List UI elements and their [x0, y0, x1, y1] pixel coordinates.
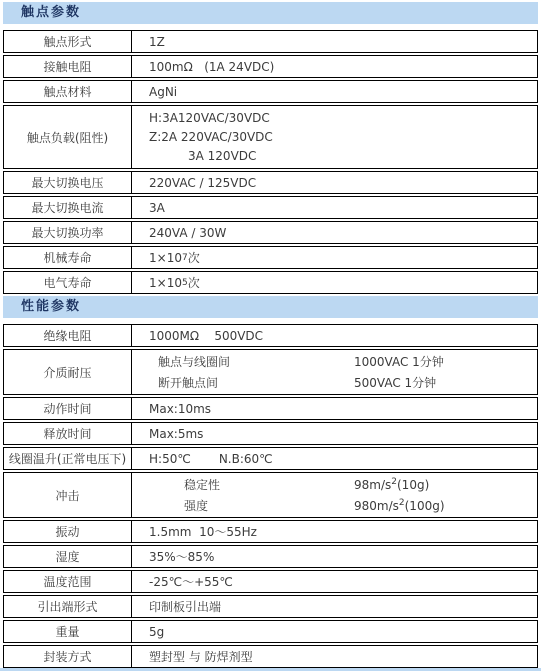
param-value: 5g — [132, 621, 537, 642]
param-value: 3A — [132, 197, 537, 218]
coil-temp-h: H:50℃ — [149, 452, 191, 466]
table-row: 动作时间 Max:10ms — [3, 397, 538, 420]
param-label: 冲击 — [4, 473, 132, 517]
load-line-h: H:3A120VAC/30VDC — [132, 109, 537, 128]
table-row: 温度范围 -25℃～+55℃ — [3, 570, 538, 593]
param-label: 湿度 — [4, 546, 132, 567]
param-value: AgNi — [132, 81, 537, 102]
contact-params-table: 触点形式 1Z 接触电阻 100mΩ (1A 24VDC) 触点材料 AgNi … — [3, 30, 538, 294]
param-label: 接触电阻 — [4, 56, 132, 77]
sub-label: 触点与线圈间 — [132, 353, 354, 370]
param-value: 220VAC / 125VDC — [132, 172, 537, 193]
load-line-3: 3A 120VDC — [132, 147, 537, 166]
param-label: 最大切换电压 — [4, 172, 132, 193]
load-line-z: Z:2A 220VAC/30VDC — [132, 128, 537, 147]
table-row: 最大切换功率 240VA / 30W — [3, 221, 538, 244]
value-base: 98m/s — [354, 478, 391, 492]
param-label: 触点形式 — [4, 31, 132, 52]
table-row: 介质耐压 触点与线圈间 1000VAC 1分钟 断开触点间 500VAC 1分钟 — [3, 349, 538, 395]
value-unit: (100g) — [405, 499, 445, 513]
param-value: 1×107次 — [132, 247, 537, 268]
param-label: 温度范围 — [4, 571, 132, 592]
param-label: 封装方式 — [4, 646, 132, 667]
table-row: 触点负载(阻性) H:3A120VAC/30VDC Z:2A 220VAC/30… — [3, 105, 538, 169]
table-row: 最大切换电流 3A — [3, 196, 538, 219]
table-row: 重量 5g — [3, 620, 538, 643]
param-value: 100mΩ (1A 24VDC) — [132, 56, 537, 77]
shock-subrow: 强度 980m/s2(100g) — [132, 495, 537, 516]
param-value: 塑封型 与 防焊剂型 — [132, 646, 537, 667]
param-value: 1Z — [132, 31, 537, 52]
param-label: 机械寿命 — [4, 247, 132, 268]
dielectric-subrow: 断开触点间 500VAC 1分钟 — [132, 372, 537, 393]
param-value: 印制板引出端 — [132, 596, 537, 617]
param-label: 最大切换电流 — [4, 197, 132, 218]
table-row: 最大切换电压 220VAC / 125VDC — [3, 171, 538, 194]
sub-label: 强度 — [132, 497, 354, 514]
param-value: -25℃～+55℃ — [132, 571, 537, 592]
performance-params-table: 绝缘电阻 1000MΩ 500VDC 介质耐压 触点与线圈间 1000VAC 1… — [3, 324, 538, 668]
shock-subrow: 稳定性 98m/s2(10g) — [132, 474, 537, 495]
section-header-performance-params: 性能参数 — [3, 296, 538, 318]
spec-sheet-page: 触点参数 触点形式 1Z 接触电阻 100mΩ (1A 24VDC) 触点材料 … — [0, 0, 541, 671]
param-label: 重量 — [4, 621, 132, 642]
param-label: 触点负载(阻性) — [4, 106, 132, 168]
param-label: 最大切换功率 — [4, 222, 132, 243]
table-row: 湿度 35%～85% — [3, 545, 538, 568]
sub-value: 98m/s2(10g) — [354, 478, 429, 492]
value-unit: 次 — [188, 274, 200, 291]
table-row: 振动 1.5mm 10～55Hz — [3, 520, 538, 543]
table-row: 触点形式 1Z — [3, 30, 538, 53]
param-label: 介质耐压 — [4, 350, 132, 394]
value-base: 980m/s — [354, 499, 399, 513]
sub-value: 1000VAC 1分钟 — [354, 353, 444, 370]
param-value: 稳定性 98m/s2(10g) 强度 980m/s2(100g) — [132, 473, 537, 517]
table-row: 封装方式 塑封型 与 防焊剂型 — [3, 645, 538, 668]
param-label: 线圈温升(正常电压下) — [4, 448, 132, 469]
table-row: 线圈温升(正常电压下) H:50℃ N.B:60℃ — [3, 447, 538, 470]
value-unit: (10g) — [397, 478, 429, 492]
section-header-contact-params: 触点参数 — [3, 2, 538, 24]
param-value: 1.5mm 10～55Hz — [132, 521, 537, 542]
sub-label: 稳定性 — [132, 476, 354, 493]
table-row: 冲击 稳定性 98m/s2(10g) 强度 980m/s2(100g) — [3, 472, 538, 518]
value-unit: 次 — [188, 249, 200, 266]
param-value: Max:5ms — [132, 423, 537, 444]
param-label: 动作时间 — [4, 398, 132, 419]
param-label: 触点材料 — [4, 81, 132, 102]
param-label: 释放时间 — [4, 423, 132, 444]
sub-value: 980m/s2(100g) — [354, 499, 445, 513]
param-value: 35%～85% — [132, 546, 537, 567]
sub-value: 500VAC 1分钟 — [354, 374, 436, 391]
param-value: Max:10ms — [132, 398, 537, 419]
param-label: 引出端形式 — [4, 596, 132, 617]
param-label: 电气寿命 — [4, 272, 132, 293]
table-row: 电气寿命 1×105次 — [3, 271, 538, 294]
param-value: 240VA / 30W — [132, 222, 537, 243]
param-value: 触点与线圈间 1000VAC 1分钟 断开触点间 500VAC 1分钟 — [132, 350, 537, 394]
dielectric-subrow: 触点与线圈间 1000VAC 1分钟 — [132, 351, 537, 372]
value-base: 1×10 — [149, 251, 182, 265]
table-row: 接触电阻 100mΩ (1A 24VDC) — [3, 55, 538, 78]
table-row: 机械寿命 1×107次 — [3, 246, 538, 269]
param-label: 绝缘电阻 — [4, 325, 132, 346]
value-base: 1×10 — [149, 276, 182, 290]
table-row: 绝缘电阻 1000MΩ 500VDC — [3, 324, 538, 347]
param-label: 振动 — [4, 521, 132, 542]
coil-temp-nb: N.B:60℃ — [219, 452, 273, 466]
table-row: 触点材料 AgNi — [3, 80, 538, 103]
param-value: H:3A120VAC/30VDC Z:2A 220VAC/30VDC 3A 12… — [132, 106, 537, 168]
param-value: 1×105次 — [132, 272, 537, 293]
param-value: 1000MΩ 500VDC — [132, 325, 537, 346]
sub-label: 断开触点间 — [132, 374, 354, 391]
table-row: 释放时间 Max:5ms — [3, 422, 538, 445]
param-value: H:50℃ N.B:60℃ — [132, 448, 537, 469]
table-row: 引出端形式 印制板引出端 — [3, 595, 538, 618]
